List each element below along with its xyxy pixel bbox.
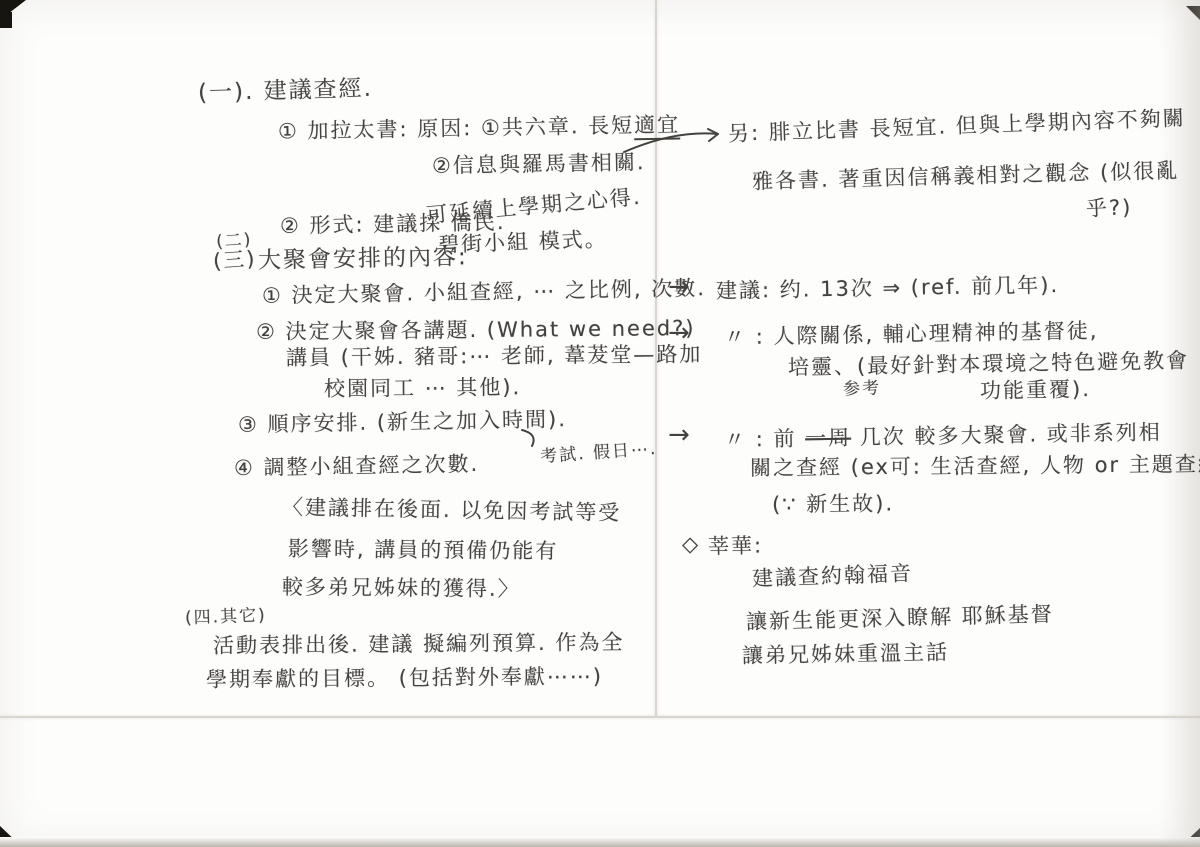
right-note-1-line-3: 乎?): [1085, 191, 1132, 223]
right-note-3-insert: 参考: [843, 373, 882, 399]
right-note-3-line-3: 功能重覆).: [980, 373, 1091, 405]
section-2-item-2b: 講員 (干姊. 豬哥:⋯ 老師, 葦茇堂—路加: [286, 338, 703, 372]
right-note-4-line-2: 關之查經 (ex可: 生活查經, 人物 or 主題查經): [750, 448, 1200, 482]
section-2-item-3-note: 考試. 假日⋯.: [539, 434, 658, 467]
section-4-line-2: 學期奉獻的目標。 (包括對外奉獻⋯⋯): [206, 660, 603, 693]
scanned-page: (一). 建議查經. ① 加拉太書: 原因: ①共六章. 長短適宜 ②信息與羅馬…: [0, 0, 1200, 847]
right-note-5-name: 莘華:: [708, 530, 764, 561]
right-note-5-line-1: 建議查約翰福音: [752, 557, 914, 593]
note-4-struck-word: 一周: [805, 426, 851, 451]
section-1-reason-2: ②信息與羅馬書相關.: [432, 146, 646, 180]
note-4-text: 〃 : 前: [724, 426, 806, 451]
section-4-line-1: 活動表排出後. 建議 擬編列預算. 作為全: [213, 626, 625, 660]
section-2-item-2c: 校園同工 ⋯ 其他).: [324, 371, 521, 403]
right-note-4-line-3: (∵ 新生故).: [772, 487, 894, 518]
section-1-heading: (一). 建議查經.: [198, 70, 374, 108]
right-note-1-line-2: 雅各書. 著重因信稱義相對之觀念 (似很亂: [752, 154, 1180, 195]
section-2-item-4: ④ 調整小組查經之次數.: [234, 448, 480, 482]
scan-edge-mark-left: [0, 12, 12, 28]
right-note-5-line-2: 讓新生能更深入瞭解 耶穌基督: [746, 598, 1054, 636]
section-2-item-4-note-2: 影響時, 講員的預備仍能有: [288, 533, 559, 565]
arrow-right-icon: →: [668, 420, 690, 450]
horizontal-fold-crease: [0, 716, 1200, 718]
section-4-heading: (四.其它): [185, 601, 267, 629]
right-note-1-line-1: 另: 腓立比書 長短宜. 但與上學期內容不夠關: [728, 102, 1187, 148]
section-2-item-4-note-3: 較多弟兄姊妹的獲得.〉: [282, 571, 521, 603]
section-2-heading: 大聚會安排的內容:: [258, 238, 468, 275]
right-note-3-line-1: 〃 : 人際關係, 輔心理精神的基督徒,: [724, 315, 1099, 352]
right-note-2-text: 建議: 约. 13次 ⇒ (ref. 前几年).: [716, 269, 1060, 305]
scan-corner-bottom-right: [1180, 828, 1200, 847]
arrow-right-icon: →: [668, 272, 690, 302]
scan-bottom-shadow: [0, 837, 1200, 847]
diamond-bullet-icon: ◇: [682, 532, 700, 556]
arrow-right-icon: →: [668, 318, 690, 348]
scan-corner-bottom-left: [0, 826, 22, 847]
right-note-5-line-3: 讓弟兄姊妹重溫主話: [742, 636, 949, 670]
section-2-item-3: ③ 順序安排. (新生之加入時間).: [238, 403, 567, 439]
item-1-text: ① 加拉太書: 原因: ①共六章. 長短: [278, 113, 635, 143]
section-2-item-1: ① 決定大聚會. 小組查經, ⋯ 之比例, 次數.: [262, 272, 706, 310]
note-4-text: 几次 較多大聚會. 或非系列相: [851, 420, 1162, 449]
scan-corner-top-right: [1186, 6, 1200, 20]
section-2-mark-bottom: (三): [212, 243, 257, 276]
section-2-item-4-note-1: 〈建議排在後面. 以免因考試等受: [282, 491, 622, 527]
